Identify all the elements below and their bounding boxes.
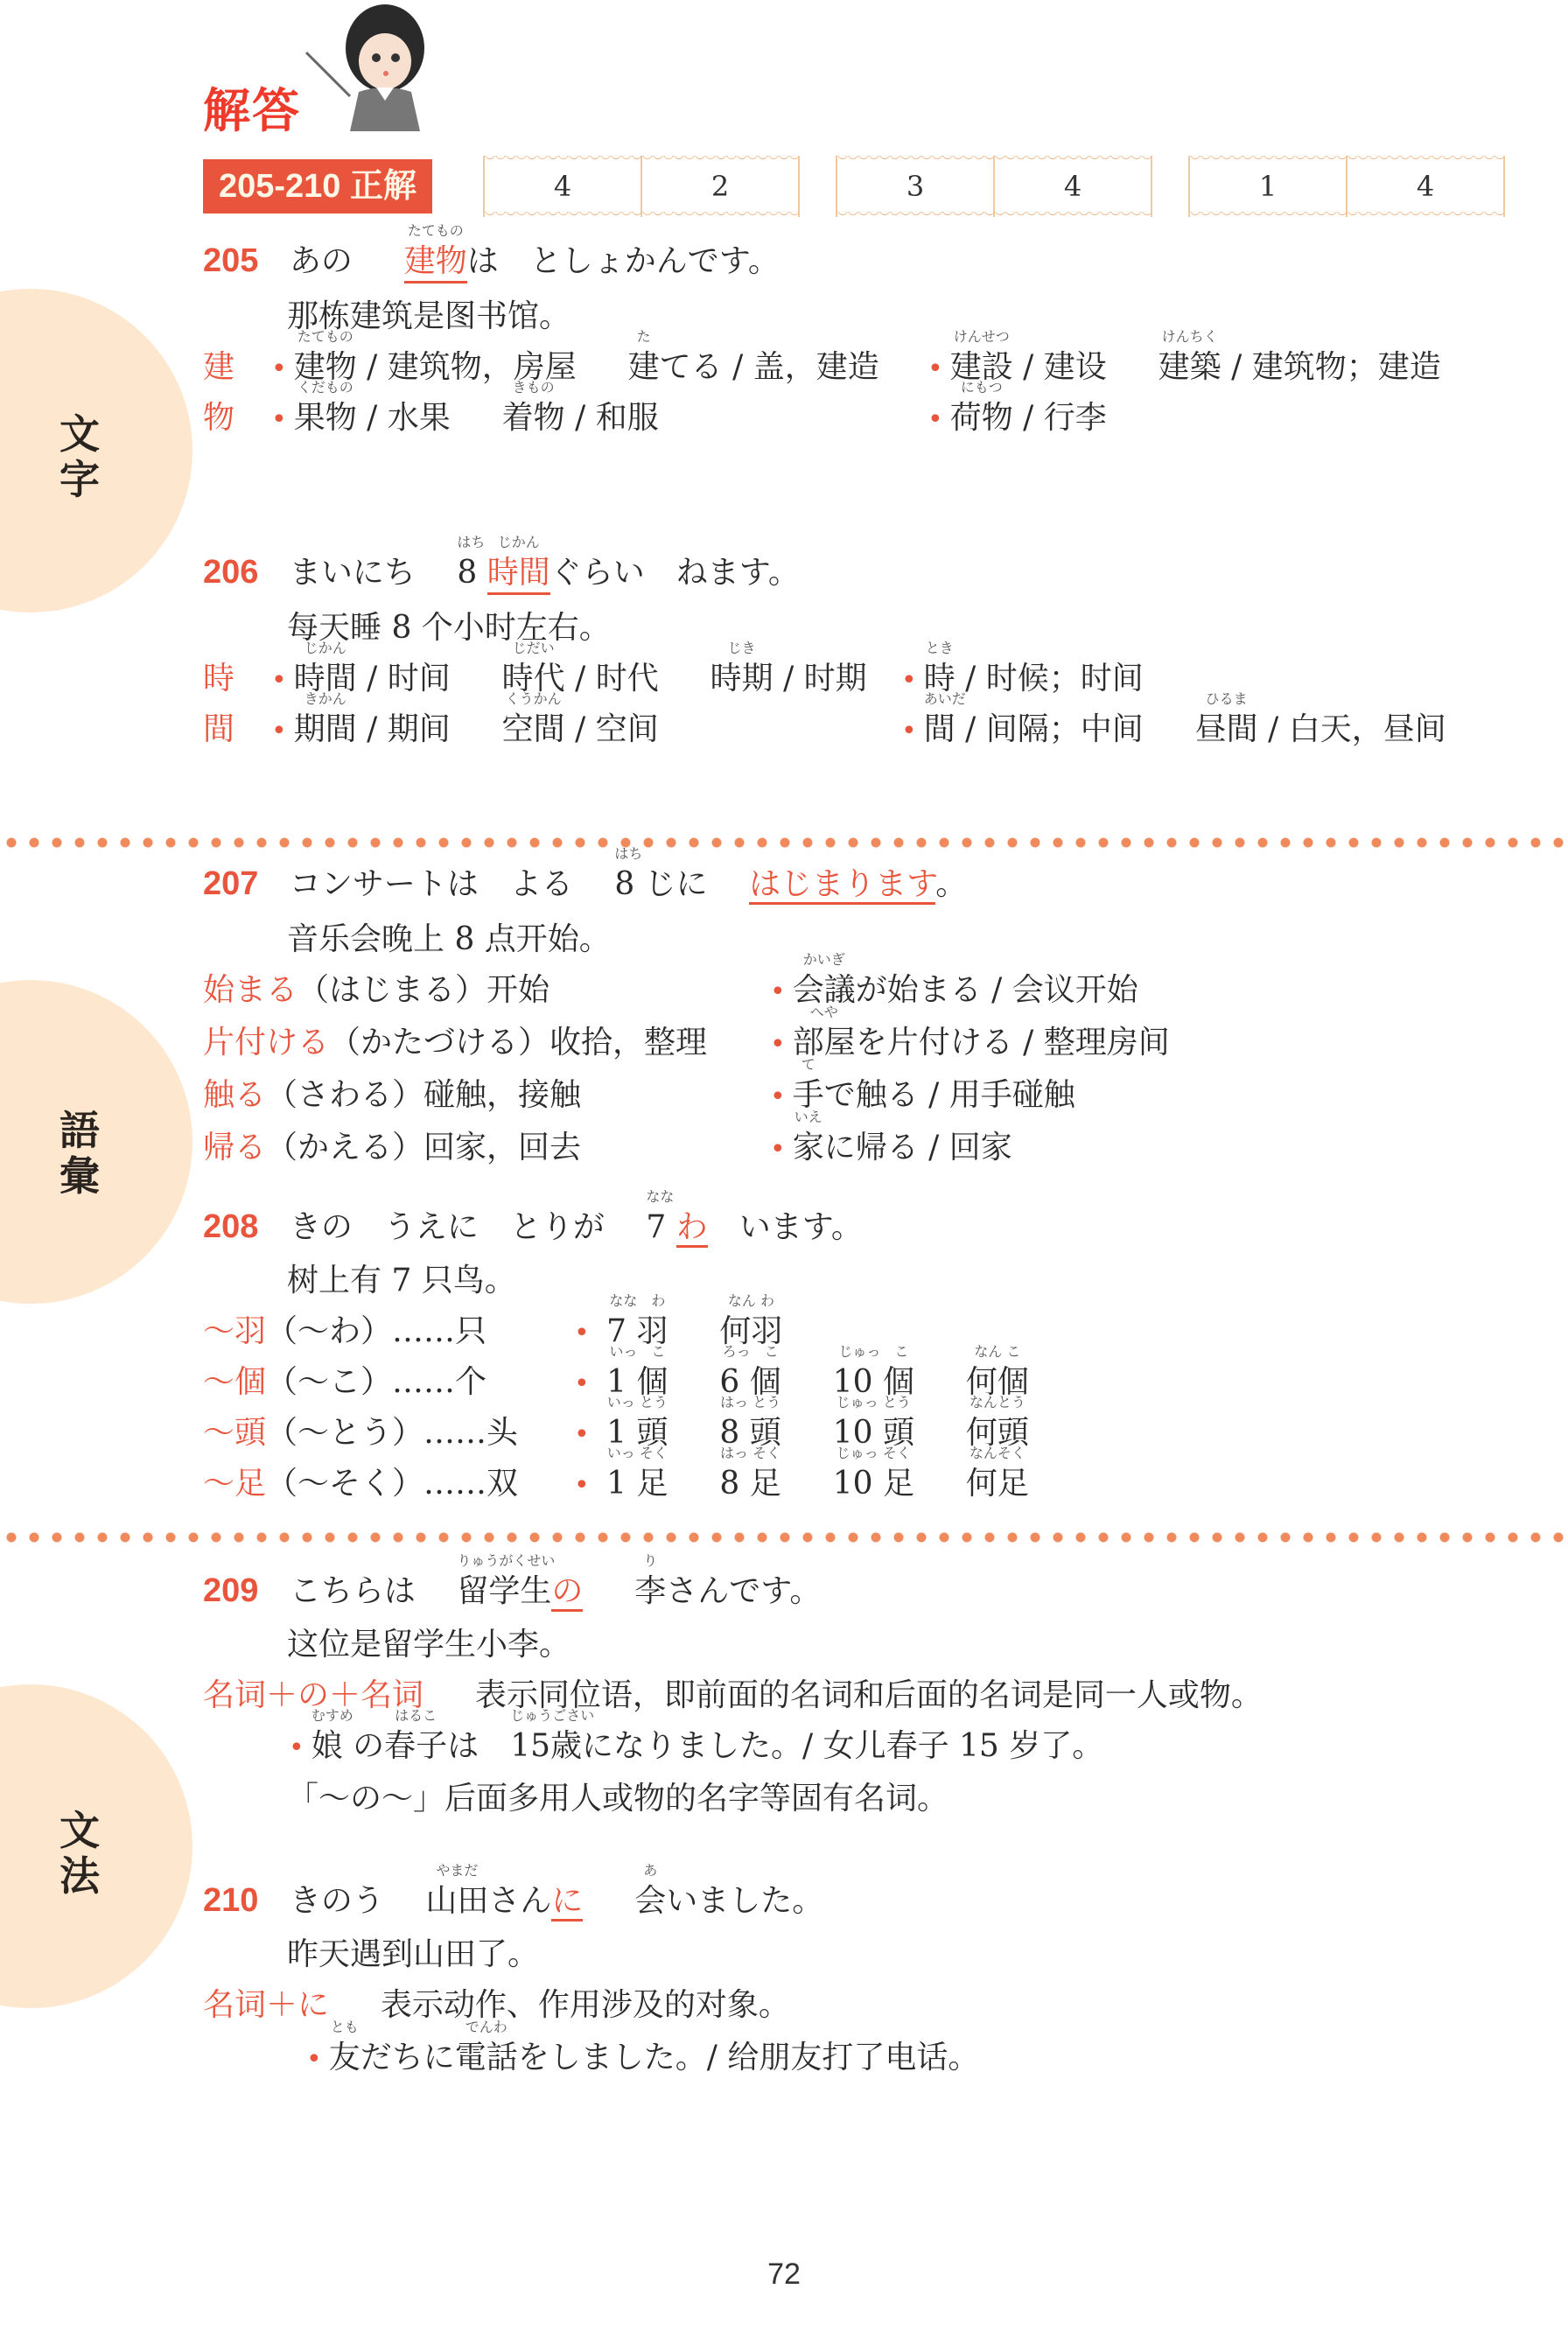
q208-translation: 树上有 7 只鸟。: [287, 1262, 516, 1300]
furigana: はっ とう: [719, 1395, 780, 1410]
q208-question: 208 きの うえに とりが なな7 わ います。: [203, 1207, 863, 1247]
question-text: 。: [935, 866, 967, 902]
vocab-meaning: / 时间: [357, 661, 451, 696]
furigana: はっ そく: [719, 1445, 780, 1461]
question-number-word: 8: [457, 555, 477, 591]
bullet-icon: •: [770, 1134, 786, 1165]
side-tab-goi-label: 語 彙: [58, 1108, 101, 1199]
counter-word: ～羽: [203, 1313, 266, 1349]
q207-translation: 音乐会晚上 8 点开始。: [287, 920, 611, 959]
question-text: いました。: [666, 1883, 823, 1919]
counter-entry: ～足（～そく）……双: [203, 1465, 518, 1503]
vocab-meaning: てる / 盖，建造: [660, 349, 879, 385]
answer-highlight: たてもの建物: [404, 242, 467, 283]
vocab-meaning: 回家，回去: [423, 1130, 581, 1165]
furigana: やまだ: [425, 1863, 488, 1879]
question-text: じに: [634, 866, 738, 902]
vocab-meaning: / 和服: [565, 400, 659, 436]
vocab-entry: 帰る（かえる）回家，回去: [203, 1129, 581, 1167]
answer-highlight: わ: [676, 1209, 708, 1248]
vocab-meaning: / 时代: [565, 661, 659, 696]
side-tab-char: 文: [58, 1808, 101, 1853]
bullet-icon: •: [271, 716, 287, 746]
question-text: あの: [290, 243, 353, 279]
furigana: とも: [329, 2019, 360, 2035]
example-text: になりました。/ 女儿春子 15 岁了。: [582, 1728, 1103, 1764]
grammar-pattern: 名词＋の＋名词 表示同位语，即前面的名词和后面的名词是同一人或物。: [203, 1676, 1263, 1715]
furigana: じゅうごさい: [510, 1708, 582, 1724]
bullet-icon: •: [574, 1368, 590, 1399]
vocab-word: 時期: [710, 661, 773, 696]
page-number: 72: [0, 2257, 1568, 2292]
furigana: にもつ: [950, 380, 1013, 395]
question-number-word: 8: [614, 866, 634, 902]
vocab-row: •あいだ間 / 间隔；中间 ひるま昼間 / 白天，昼间: [901, 710, 1446, 751]
counter-entry: ～羽（～わ）……只: [203, 1312, 486, 1351]
bullet-icon: •: [574, 1470, 590, 1501]
answer-cell: 4: [485, 156, 640, 217]
vocab-example: •いえ家に帰る / 回家: [770, 1129, 1012, 1169]
kanji-label: 建: [203, 348, 234, 387]
side-tab-char: 語: [58, 1108, 101, 1153]
counter-meaning: ……双: [423, 1466, 518, 1501]
furigana: けんちく: [1158, 329, 1221, 345]
section-divider: [0, 836, 1568, 849]
furigana: はち: [457, 535, 477, 550]
answer-cell: 4: [1346, 156, 1503, 217]
vocab-word: 間: [924, 711, 955, 747]
vocab-row: •にもつ荷物 / 行李: [927, 399, 1107, 439]
bullet-icon: •: [574, 1419, 590, 1450]
q210-question: 210 きのう やまだ山田さんに あ会いました。: [203, 1881, 823, 1921]
vocab-word: 建: [628, 349, 660, 385]
furigana: り: [634, 1553, 666, 1569]
vocab-word: 昼間: [1195, 711, 1258, 747]
counter-entry: ～頭（～とう）……头: [203, 1414, 518, 1452]
furigana: なん わ: [719, 1293, 782, 1309]
example-word: 15歳: [510, 1728, 582, 1764]
furigana: たてもの: [404, 223, 467, 239]
answer-group-2: 3 4: [836, 156, 1152, 217]
counter-example: 何足: [966, 1466, 1029, 1501]
furigana: たてもの: [294, 329, 357, 345]
vocab-meaning: / 水果: [357, 400, 451, 436]
vocab-meaning: / 行李: [1013, 400, 1107, 436]
side-tab-char: 法: [58, 1853, 101, 1899]
answer-cell: 3: [837, 156, 993, 217]
example-word: 春子: [384, 1728, 447, 1764]
counter-word: ～個: [203, 1364, 266, 1400]
counter-word: ～足: [203, 1466, 266, 1501]
furigana: た: [628, 329, 660, 345]
furigana: むすめ: [311, 1708, 343, 1724]
furigana: じだい: [502, 640, 565, 656]
furigana: いっ とう: [606, 1395, 668, 1410]
counter-meaning: ……只: [392, 1313, 486, 1349]
furigana: へや: [793, 1004, 856, 1020]
example-word: 電話: [455, 2040, 518, 2075]
vocab-meaning: / 建设: [1013, 349, 1107, 385]
bullet-icon: •: [770, 1029, 786, 1060]
furigana: けんせつ: [950, 329, 1013, 345]
q205-question: 205 あの たてもの建物は としょかんです。: [203, 241, 780, 283]
vocab-meaning: / 间隔；中间: [955, 711, 1144, 747]
question-text: さんです。: [666, 1573, 821, 1609]
question-word: 山田: [425, 1883, 488, 1919]
question-text: は としょかんです。: [467, 243, 780, 279]
answer-word: 時間: [487, 555, 550, 591]
grammar-pattern-label: 名词＋に: [203, 1987, 329, 2023]
furigana: はるこ: [384, 1708, 447, 1724]
question-number: 206: [203, 554, 258, 591]
vocab-meaning: 开始: [486, 972, 549, 1008]
example-text: に帰る / 回家: [824, 1130, 1012, 1165]
furigana: なんとう: [966, 1395, 1029, 1410]
vocab-meaning: / 白天，昼间: [1258, 711, 1446, 747]
furigana: なん こ: [966, 1344, 1029, 1360]
vocab-word: 期間: [294, 711, 357, 747]
furigana: りゅうがくせい: [457, 1553, 551, 1569]
question-number: 208: [203, 1208, 258, 1245]
vocab-word: 空間: [502, 711, 565, 747]
kanji-label: 時: [203, 660, 234, 698]
vocab-word: 片付ける: [203, 1025, 329, 1060]
question-text: います。: [708, 1209, 863, 1245]
answer-highlight: の: [551, 1573, 583, 1612]
question-text: きの うえに とりが: [290, 1209, 636, 1245]
side-tab-char: 彙: [58, 1153, 101, 1199]
bullet-icon: •: [289, 1732, 304, 1763]
vocab-word: 触る: [203, 1077, 266, 1113]
furigana: でんわ: [455, 2019, 518, 2035]
example-word: 娘: [311, 1728, 343, 1764]
example-text: は: [447, 1728, 510, 1764]
side-tab-moji-label: 文 字: [58, 411, 101, 502]
furigana: あ: [634, 1863, 666, 1879]
question-text: きのう: [290, 1883, 416, 1919]
vocab-example: •へや部屋を片付ける / 整理房间: [770, 1024, 1170, 1064]
bullet-icon: •: [901, 716, 917, 746]
counter-word: ～頭: [203, 1415, 266, 1451]
vocab-reading: （かたづける）: [329, 1025, 549, 1060]
bullet-icon: •: [770, 1081, 786, 1112]
example-text: が始まる / 会议开始: [856, 972, 1138, 1008]
vocab-meaning: / 时期: [773, 661, 867, 696]
example-word: 会議: [793, 972, 856, 1008]
grammar-example: •とも友だちにでんわ電話をしました。/ 给朋友打了电话。: [306, 2039, 979, 2079]
furigana: ひるま: [1195, 691, 1258, 707]
grammar-note: 「～の～」后面多用人或物的名字等固有名词。: [287, 1780, 948, 1818]
vocab-row: •くだもの果物 / 水果 きもの着物 / 和服: [271, 399, 659, 439]
side-tab-char: 文: [58, 411, 101, 457]
counter-example: 8 足: [719, 1466, 780, 1501]
q209-translation: 这位是留学生小李。: [287, 1626, 570, 1664]
vocab-word: 着物: [502, 400, 565, 436]
vocab-word: 荷物: [950, 400, 1013, 436]
teacher-mascot-icon: [297, 0, 464, 131]
answer-cell: 1: [1190, 156, 1346, 217]
furigana: いっ そく: [606, 1445, 668, 1461]
counter-reading: （～とう）: [266, 1415, 423, 1451]
question-text: コンサートは よる: [290, 866, 605, 902]
question-number-word: 7: [646, 1209, 666, 1245]
answer-group-1: 4 2: [483, 156, 800, 217]
vocab-entry: 始まる（はじまる）开始: [203, 971, 549, 1010]
furigana: じゅっ こ: [833, 1344, 914, 1360]
grammar-example: •むすめ娘 のはるこ春子は じゅうごさい15歳になりました。/ 女儿春子 15 …: [289, 1727, 1103, 1767]
counter-meaning: ……头: [423, 1415, 518, 1451]
counter-meaning: ……个: [392, 1364, 486, 1400]
furigana: くうかん: [502, 691, 565, 707]
vocab-reading: （かえる）: [266, 1130, 423, 1165]
furigana: なな わ: [606, 1293, 668, 1309]
vocab-meaning: / 时候；时间: [955, 661, 1144, 696]
question-number: 210: [203, 1882, 258, 1919]
vocab-meaning: 收拾，整理: [549, 1025, 707, 1060]
answer-cell: 4: [993, 156, 1151, 217]
example-word: 家: [793, 1130, 824, 1165]
answer-cell: 2: [640, 156, 798, 217]
question-text: ぐらい ねます。: [550, 555, 800, 591]
example-word: 友: [329, 2040, 360, 2075]
counter-examples: • いっ そく1 足 はっ そく8 足 じゅっ そく10 足 なんそく何足: [574, 1465, 1029, 1505]
vocab-word: 果物: [294, 400, 357, 436]
vocab-row: •たてもの建物 / 建筑物，房屋 た建てる / 盖，建造: [271, 348, 879, 388]
vocab-meaning: 碰触，接触: [423, 1077, 581, 1113]
bullet-icon: •: [271, 353, 287, 384]
furigana: いっ こ: [606, 1344, 668, 1360]
vocab-entry: 片付ける（かたづける）收拾，整理: [203, 1024, 707, 1062]
question-text: こちらは: [290, 1573, 447, 1609]
kanji-label: 物: [203, 399, 234, 437]
furigana: じゅっ とう: [833, 1395, 914, 1410]
q206-question: 206 まいにち はち8 じかん時間ぐらい ねます。: [203, 553, 800, 595]
side-tab-char: 字: [58, 457, 101, 502]
vocab-reading: （はじまる）: [297, 972, 486, 1008]
q209-question: 209 こちらは りゅうがくせい留学生の り李さんです。: [203, 1571, 821, 1611]
side-tab-bunpo-label: 文 法: [58, 1808, 101, 1899]
furigana: あいだ: [924, 691, 955, 707]
bullet-icon: •: [927, 404, 943, 435]
answer-range-badge: 205-210 正解: [203, 159, 432, 213]
vocab-row: •きかん期間 / 期间 くうかん空間 / 空间: [271, 710, 659, 751]
q207-question: 207 コンサートは よる はち8 じに はじまります。: [203, 864, 967, 904]
question-number: 207: [203, 865, 258, 902]
furigana: て: [793, 1057, 824, 1073]
vocab-meaning: / 空间: [565, 711, 659, 747]
furigana: じき: [710, 640, 773, 656]
bullet-icon: •: [271, 404, 287, 435]
furigana: なんそく: [966, 1445, 1029, 1461]
example-text: で触る / 用手碰触: [824, 1077, 1075, 1113]
question-word: 留学生: [457, 1573, 551, 1609]
furigana: じかん: [487, 535, 550, 550]
vocab-word: 建築: [1158, 349, 1221, 385]
vocab-meaning: / 建筑物；建造: [1221, 349, 1441, 385]
furigana: きもの: [502, 380, 565, 395]
section-divider: [0, 1531, 1568, 1543]
bullet-icon: •: [574, 1318, 590, 1348]
question-number: 209: [203, 1572, 258, 1609]
kanji-label: 間: [203, 710, 234, 749]
furigana: いえ: [793, 1109, 824, 1125]
furigana: じかん: [294, 640, 357, 656]
example-text: の: [343, 1728, 384, 1764]
example-word: 部屋: [793, 1025, 856, 1060]
counter-entry: ～個（～こ）……个: [203, 1363, 486, 1402]
vocab-reading: （さわる）: [266, 1077, 423, 1113]
counter-example: 10 足: [833, 1466, 914, 1501]
question-word: 会: [634, 1883, 666, 1919]
vocab-word: 始まる: [203, 972, 297, 1008]
page-title: 解答: [203, 73, 301, 141]
q210-translation: 昨天遇到山田了。: [287, 1935, 539, 1974]
furigana: かいぎ: [793, 952, 856, 968]
example-text: をしました。/ 给朋友打了电话。: [518, 2040, 980, 2075]
vocab-entry: 触る（さわる）碰触，接触: [203, 1076, 581, 1115]
furigana: なな: [646, 1189, 666, 1205]
furigana: じゅっ そく: [833, 1445, 914, 1461]
furigana: くだもの: [294, 380, 357, 395]
grammar-explanation: 表示动作、作用涉及的对象。: [381, 1987, 790, 2023]
counter-reading: （～こ）: [266, 1364, 392, 1400]
answer-word: 建物: [404, 243, 467, 279]
example-text: だちに: [360, 2040, 455, 2075]
example-word: 手: [793, 1077, 824, 1113]
vocab-word: 帰る: [203, 1130, 266, 1165]
answer-highlight: はじまります: [749, 866, 935, 905]
vocab-row: •じかん時間 / 时间 じだい時代 / 时代 じき時期 / 时期: [271, 660, 867, 700]
counter-reading: （～そく）: [266, 1466, 423, 1501]
bullet-icon: •: [901, 665, 917, 696]
answer-group-3: 1 4: [1188, 156, 1505, 217]
question-word: 李: [634, 1573, 666, 1609]
answer-highlight: に: [551, 1883, 583, 1921]
bullet-icon: •: [770, 976, 786, 1007]
bullet-icon: •: [927, 353, 943, 384]
question-text: まいにち: [290, 555, 447, 591]
bullet-icon: •: [306, 2044, 322, 2075]
furigana: とき: [924, 640, 955, 656]
answer-highlight: じかん時間: [487, 554, 550, 595]
counter-example: 1 足: [606, 1466, 668, 1501]
example-text: を片付ける / 整理房间: [856, 1025, 1170, 1060]
counter-reading: （～わ）: [266, 1313, 392, 1349]
furigana: はち: [614, 846, 634, 862]
furigana: ろっ こ: [719, 1344, 780, 1360]
question-text: さん: [488, 1883, 551, 1919]
vocab-meaning: / 期间: [357, 711, 451, 747]
furigana: きかん: [294, 691, 357, 707]
bullet-icon: •: [271, 665, 287, 696]
question-number: 205: [203, 242, 258, 279]
